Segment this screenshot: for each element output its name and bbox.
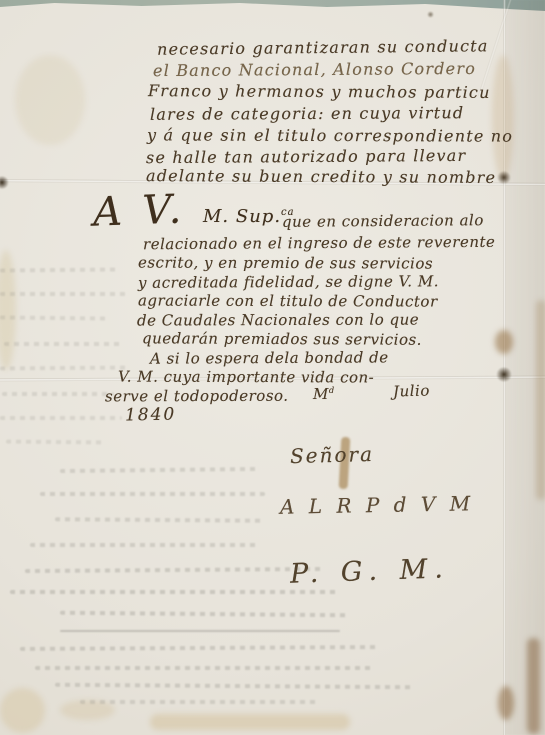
place-text: M <box>313 385 329 403</box>
letter-line: el Banco Nacional, Alonso Cordero <box>153 59 476 80</box>
signature-initials: P. G. M. <box>290 553 451 590</box>
letter-line: quedarán premiados sus servicios. <box>142 329 422 348</box>
bleed-through-line <box>0 292 126 296</box>
letter-line: se halle tan autorizado para llevar <box>146 146 466 167</box>
letter-line: A si lo espera dela bondad de <box>150 348 389 367</box>
bleed-through-line <box>4 342 124 346</box>
stain <box>0 688 45 733</box>
stain <box>495 330 513 354</box>
bleed-through-underline <box>60 630 340 632</box>
letter-line: V. M. cuya importante vida con- <box>118 368 374 387</box>
stain <box>536 300 545 500</box>
stain <box>527 638 540 734</box>
letter-line: y á que sin el titulo correspondiente no <box>147 125 513 145</box>
letter-line: de Caudales Nacionales con lo que <box>137 311 419 330</box>
abbreviation-text: M. Sup. <box>203 206 281 227</box>
letter-line: que en consideracion alo <box>282 211 484 231</box>
letter-line: Franco y hermanos y muchos particu <box>148 81 491 102</box>
letter-line: lares de categoria: en cuya virtud <box>150 103 464 124</box>
stain <box>150 714 350 730</box>
petition-opening-initials: A V. <box>92 186 186 235</box>
letter-line: serve el todopoderoso. <box>105 387 289 406</box>
stain <box>492 55 514 180</box>
stain <box>15 55 85 145</box>
bleed-through-line <box>0 416 122 420</box>
bleed-through-line <box>40 492 265 496</box>
ink-speck <box>427 11 434 18</box>
ink-blot <box>497 171 511 184</box>
bleed-through-line <box>80 700 320 704</box>
letter-line: agraciarle con el titulo de Conductor <box>138 291 438 310</box>
courtesy-formula: A L R P d V M <box>280 491 474 518</box>
salutation: Señora <box>290 442 375 468</box>
place-abbreviation: Md <box>313 385 335 403</box>
place-superscript: d <box>329 385 335 395</box>
scanned-document-page: necesario garantizaran su conducta el Ba… <box>0 0 545 735</box>
stain <box>498 686 514 720</box>
bleed-through-line <box>30 543 260 547</box>
letter-line: relacionado en el ingreso de este revere… <box>143 233 496 253</box>
bleed-through-line <box>2 392 114 396</box>
month: Julio <box>393 381 430 400</box>
letter-line: escrito, y en premio de sus servicios <box>138 253 433 272</box>
letter-line: y acreditada fidelidad, se digne V. M. <box>138 272 439 292</box>
bleed-through-line <box>6 440 106 445</box>
bleed-through-line <box>35 666 375 670</box>
letter-line: adelante su buen credito y su nombre <box>146 166 496 187</box>
bleed-through-line <box>10 590 340 594</box>
ink-blot <box>496 367 512 382</box>
letter-line: necesario garantizaran su conducta <box>157 36 489 58</box>
year: 1840 <box>125 405 177 426</box>
petition-opening-abbreviation: M. Sup.ca <box>203 206 294 227</box>
